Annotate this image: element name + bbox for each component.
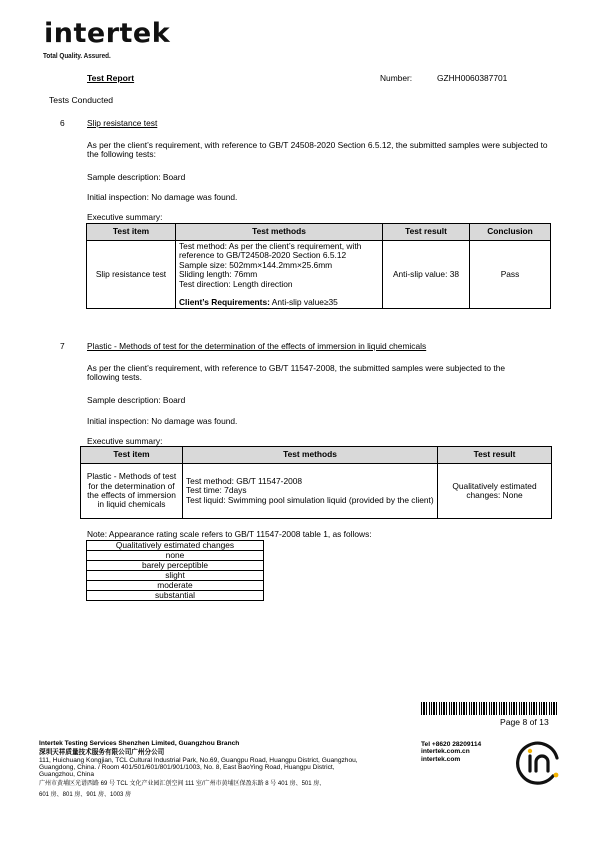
test-6-inspection: Initial inspection: No damage was found. (87, 192, 237, 202)
test-6-summary-label: Executive summary: (87, 212, 162, 222)
section-heading: Tests Conducted (49, 95, 113, 105)
test-item-cell: Slip resistance test (87, 241, 176, 309)
test-7-intro: As per the client’s requirement, with re… (87, 364, 527, 382)
col-conclusion: Conclusion (470, 224, 551, 241)
page-number: Page 8 of 13 (500, 717, 549, 727)
intertek-logo: intertek (44, 20, 170, 47)
address-cn-1: 广州市黄埔区光谱西路 69 号 TCL 文化产业园汇创空间 111 室/广州市黄… (39, 781, 359, 788)
appearance-note: Note: Appearance rating scale refers to … (87, 529, 372, 539)
scale-item: none (87, 551, 264, 561)
test-6-sample: Sample description: Board (87, 172, 185, 182)
website-cn: intertek.com.cn (421, 748, 481, 755)
company-name-en: Intertek Testing Services Shenzhen Limit… (39, 740, 359, 747)
report-number: GZHH0060387701 (437, 73, 507, 83)
address-en: 111, Huichuang Kongjian, TCL Cultural In… (39, 758, 359, 778)
test-7-summary-label: Executive summary: (87, 436, 162, 446)
col-test-methods: Test methods (176, 224, 383, 241)
test-methods-cell: Test method: As per the client’s require… (176, 241, 383, 309)
logo-tagline: Total Quality. Assured. (43, 51, 111, 60)
address-cn-2: 601 房、801 房、901 房、1003 房 (39, 792, 359, 799)
website: intertek.com (421, 756, 481, 763)
scale-row: Qualitatively estimated changes (87, 541, 264, 551)
test-7-inspection: Initial inspection: No damage was found. (87, 416, 237, 426)
barcode (421, 702, 559, 715)
col-test-item: Test item (81, 447, 183, 464)
table-row: Slip resistance test Test method: As per… (87, 241, 551, 309)
scale-item: substantial (87, 591, 264, 601)
scale-row: slight (87, 571, 264, 581)
company-name-cn: 深圳天祥质量技术服务有限公司广州分公司 (39, 749, 359, 756)
client-requirement: Client’s Requirements: Anti-slip value≥3… (179, 298, 379, 307)
test-6-title: Slip resistance test (87, 118, 157, 128)
scale-row: none (87, 551, 264, 561)
scale-row: substantial (87, 591, 264, 601)
test-methods-cell: Test method: GB/T 11547-2008 Test time: … (183, 464, 438, 519)
test-result-cell: Qualitatively estimated changes: None (438, 464, 552, 519)
conclusion-cell: Pass (470, 241, 551, 309)
col-test-result: Test result (438, 447, 552, 464)
test-result-cell: Anti-slip value: 38 (383, 241, 470, 309)
scale-item: barely perceptible (87, 561, 264, 571)
test-7-title: Plastic - Methods of test for the determ… (87, 341, 426, 351)
immersion-table: Test item Test methods Test result Plast… (80, 446, 552, 519)
col-test-methods: Test methods (183, 447, 438, 464)
test-7-sample: Sample description: Board (87, 395, 185, 405)
test-6-intro: As per the client’s requirement, with re… (87, 141, 557, 159)
test-item-cell: Plastic - Methods of test for the determ… (81, 464, 183, 519)
report-title: Test Report (87, 73, 134, 83)
test-7-index: 7 (60, 341, 65, 351)
slip-resistance-table: Test item Test methods Test result Concl… (86, 223, 551, 309)
intertek-in-icon (515, 738, 563, 786)
scale-header: Qualitatively estimated changes (87, 541, 264, 551)
footer-contact: Tel +8620 28209114 intertek.com.cn inter… (421, 741, 481, 763)
telephone: Tel +8620 28209114 (421, 741, 481, 748)
scale-item: moderate (87, 581, 264, 591)
method-line: Test liquid: Swimming pool simulation li… (186, 496, 434, 505)
scale-row: moderate (87, 581, 264, 591)
col-test-item: Test item (87, 224, 176, 241)
report-number-label: Number: (380, 73, 412, 83)
table-row: Plastic - Methods of test for the determ… (81, 464, 552, 519)
requirement-label: Client’s Requirements: (179, 297, 270, 307)
requirement-value: Anti-slip value≥35 (270, 297, 338, 307)
appearance-scale-table: Qualitatively estimated changes none bar… (86, 540, 264, 601)
method-line: Test direction: Length direction (179, 280, 379, 289)
test-6-index: 6 (60, 118, 65, 128)
col-test-result: Test result (383, 224, 470, 241)
footer-address-block: Intertek Testing Services Shenzhen Limit… (39, 740, 359, 799)
method-line: Test method: As per the client’s require… (179, 242, 379, 261)
scale-row: barely perceptible (87, 561, 264, 571)
scale-item: slight (87, 571, 264, 581)
